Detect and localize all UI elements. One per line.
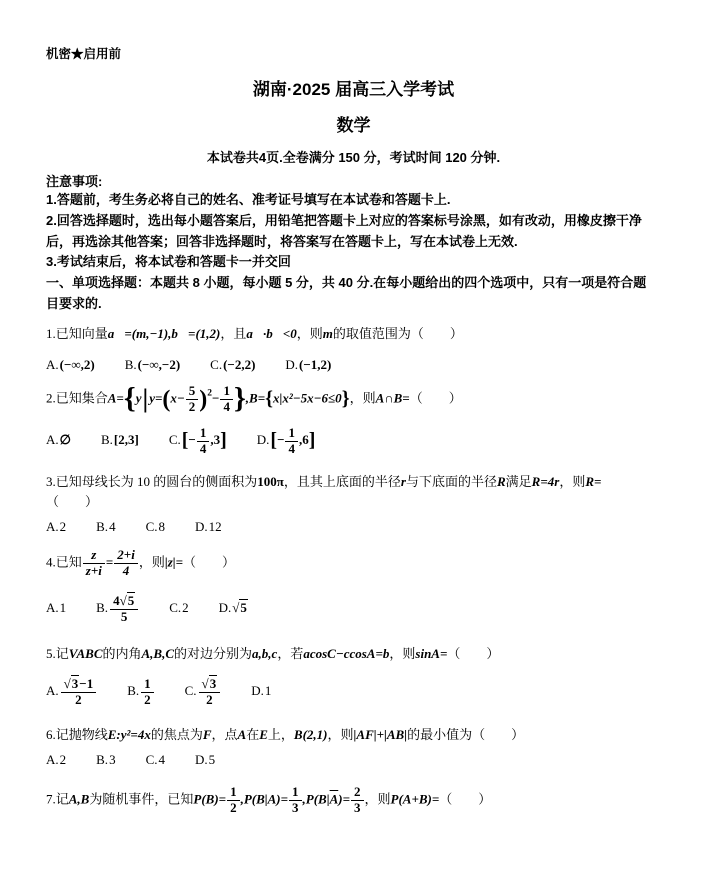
question-7-stem: 7.记A,B为随机事件，已知P(B)=12,P(B|A)=13,P(B|A)=2…	[46, 785, 661, 816]
q4-text: ，则	[139, 554, 165, 569]
fraction: √3−12	[60, 677, 98, 708]
q3-text: ，且其上底面的半径	[284, 474, 401, 489]
q6-text: 上，	[268, 727, 294, 742]
q6-text: 6.记抛物线	[46, 727, 108, 742]
option-b: B.3	[96, 752, 115, 767]
sqrt-radical: √3	[202, 675, 218, 691]
notice-item-1: 1.答题前，考生务必将自己的姓名、准考证号填写在本试卷和答题卡上.	[46, 190, 651, 211]
question-4-options: A.1B.4√55C.2D.√5	[46, 594, 661, 625]
q7-answer-blank: （ ）	[439, 791, 491, 806]
sqrt-radical: √3	[64, 675, 80, 691]
fraction: 13	[288, 785, 303, 816]
q3-text: 满足	[506, 474, 532, 489]
q2-text: 2.已知集合	[46, 390, 108, 405]
subject-title: 数学	[46, 111, 661, 136]
question-1: 1.已知向量a⃗=(m,−1),b⃗=(1,2)，且a⃗·b⃗<0，则m的取值范…	[46, 324, 661, 373]
sqrt-radical: √5	[120, 592, 136, 608]
q3-text: 3.已知母线长为 10 的圆台的侧面积为	[46, 474, 257, 489]
q7-a-complement: A	[330, 791, 339, 806]
notice-item-3: 3.考试结束后，将本试卷和答题卡一并交回	[46, 252, 651, 273]
fraction: 12	[226, 785, 241, 816]
option-a: A.∅	[46, 432, 71, 447]
question-3-options: A.2B.4C.8D.12	[46, 519, 661, 535]
q6-text: ，则	[328, 727, 354, 742]
question-5: 5.记VABC的内角A,B,C的对边分别为a,b,c，若acosC−ccosA=…	[46, 644, 661, 708]
q7-text: 7.记	[46, 791, 69, 806]
q4-modulus: |z|=	[165, 554, 183, 569]
option-d: D.5	[195, 752, 215, 767]
notice-title: 注意事项:	[46, 171, 661, 190]
exam-title: 湖南·2025 届高三入学考试	[46, 75, 661, 100]
q6-parabola: E:y²=4x	[108, 727, 151, 742]
fraction: √32	[198, 677, 222, 708]
question-1-stem: 1.已知向量a⃗=(m,−1),b⃗=(1,2)，且a⃗·b⃗<0，则m的取值范…	[46, 324, 661, 344]
question-7: 7.记A,B为随机事件，已知P(B)=12,P(B|A)=13,P(B|A)=2…	[46, 785, 661, 816]
option-b: B.(−∞,−2)	[125, 357, 180, 372]
fraction: 14	[219, 384, 234, 415]
q7-text: ，则	[365, 791, 391, 806]
option-d: D.√5	[219, 600, 248, 615]
q2-brace-right-2: }	[342, 387, 350, 409]
question-5-options: A.√3−12B.12C.√32D.1	[46, 677, 661, 708]
option-c: C.8	[146, 519, 165, 534]
option-c: C.[−14,3]	[169, 432, 227, 447]
question-2-options: A.∅B.[2,3]C.[−14,3]D.[−14,6]	[46, 426, 661, 457]
q7-prob-a-plus-b: P(A+B)=	[391, 791, 440, 806]
option-a: A.2	[46, 752, 66, 767]
fraction: 2+i4	[113, 548, 139, 579]
q6-text: 的焦点为	[151, 727, 203, 742]
question-3: 3.已知母线长为 10 的圆台的侧面积为100π，且其上底面的半径r与下底面的半…	[46, 472, 661, 535]
option-a: A.1	[46, 600, 66, 615]
option-c: C.2	[169, 600, 188, 615]
q4-answer-blank: （ ）	[183, 554, 235, 569]
option-a: A.√3−12	[46, 683, 97, 698]
option-b: B.4√55	[96, 600, 139, 615]
fraction: 4√55	[109, 594, 139, 625]
fraction: 14	[196, 426, 211, 457]
q6-text: ，点	[212, 727, 238, 742]
option-c: C.√32	[185, 683, 222, 698]
q5-text: 5.记	[46, 646, 69, 661]
q5-sin-a: sinA=	[415, 646, 447, 661]
q2-text: ，则	[350, 390, 376, 405]
question-6-options: A.2B.3C.4D.5	[46, 752, 661, 768]
option-b: B.4	[96, 519, 115, 534]
q4-text: 4.已知	[46, 554, 82, 569]
q3-text: ，则	[559, 474, 585, 489]
q2-set-a: A=	[108, 390, 124, 405]
q3-answer-blank: （ ）	[46, 494, 98, 509]
question-6: 6.记抛物线E:y²=4x的焦点为F，点A在E上，B(2,1)，则|AF|+|A…	[46, 725, 661, 768]
option-a: A.2	[46, 519, 66, 534]
question-1-options: A.(−∞,2)B.(−∞,−2)C.(−2,2)D.(−1,2)	[46, 357, 661, 373]
q5-text: ，则	[389, 646, 415, 661]
question-6-stem: 6.记抛物线E:y²=4x的焦点为F，点A在E上，B(2,1)，则|AF|+|A…	[46, 725, 661, 745]
q7-prob-b: P(B)=	[193, 791, 226, 806]
option-d: D.12	[195, 519, 222, 534]
question-2-stem: 2.已知集合A={y|y=(x−52)2−14},B={x|x²−5x−6≤0}…	[46, 384, 661, 415]
q2-inequality: x²−5x−6≤0	[282, 390, 341, 405]
q7-text: 为随机事件，已知	[89, 791, 193, 806]
q3-text: 与下底面的半径	[406, 474, 497, 489]
exam-page: 机密★启用前 湖南·2025 届高三入学考试 数学 本试卷共4页.全卷满分 15…	[0, 0, 701, 816]
q2-brace-left: {	[124, 381, 136, 414]
notice-list: 1.答题前，考生务必将自己的姓名、准考证号填写在本试卷和答题卡上. 2.回答选择…	[46, 190, 661, 273]
question-4-stem: 4.已知zz+i=2+i4，则|z|=（ ）	[46, 548, 661, 579]
fraction: 52	[185, 384, 200, 415]
option-a: A.(−∞,2)	[46, 357, 95, 372]
q6-sum-distances: |AF|+|AB|	[354, 727, 408, 742]
notice-item-2: 2.回答选择题时，选出每小题答案后，用铅笔把答题卡上对应的答案标号涂黑，如有改动…	[46, 211, 651, 253]
q5-text: 的内角	[102, 646, 141, 661]
exam-info: 本试卷共4页.全卷满分 150 分，考试时间 120 分钟.	[46, 147, 661, 166]
classification-label: 机密★启用前	[46, 44, 661, 62]
fraction: 14	[284, 426, 299, 457]
q6-text: 的最小值为（ ）	[407, 727, 524, 742]
option-b: B.[2,3]	[101, 432, 139, 447]
q5-text: 的对边分别为	[174, 646, 252, 661]
question-5-stem: 5.记VABC的内角A,B,C的对边分别为a,b,c，若acosC−ccosA=…	[46, 644, 661, 664]
q1-var-m: m	[323, 326, 333, 341]
q7-prob-b-given-not-a: ,P(B|	[303, 791, 330, 806]
q6-point-b: B(2,1)	[294, 727, 328, 742]
q1-vectors: a⃗=(m,−1),b⃗=(1,2)	[108, 326, 221, 341]
sqrt-radical: √5	[232, 599, 248, 615]
q1-text: 1.已知向量	[46, 326, 108, 341]
q2-set-b: ,B=	[246, 390, 265, 405]
section-header: 一、单项选择题：本题共 8 小题，每小题 5 分，共 40 分.在每小题给出的四…	[46, 273, 651, 315]
option-d: D.(−1,2)	[285, 357, 331, 372]
q5-answer-blank: （ ）	[447, 646, 499, 661]
q3-area: 100π	[257, 474, 284, 489]
q5-text: ，若	[277, 646, 303, 661]
q2-brace-left-2: {	[265, 387, 273, 409]
option-d: D.[−14,6]	[257, 432, 316, 447]
option-c: C.4	[146, 752, 165, 767]
option-d: D.1	[251, 683, 271, 698]
question-3-stem: 3.已知母线长为 10 的圆台的侧面积为100π，且其上底面的半径r与下底面的半…	[46, 472, 661, 512]
q2-brace-right: }	[234, 381, 246, 414]
q5-equation: acosC−ccosA=b	[303, 646, 389, 661]
q1-dot-product: a⃗·b⃗<0	[246, 326, 296, 341]
q2-answer-blank: （ ）	[410, 390, 462, 405]
q2-intersection: A∩B=	[376, 390, 410, 405]
option-b: B.12	[127, 683, 154, 698]
fraction: 23	[350, 785, 365, 816]
q1-text: 的取值范围为（ ）	[333, 326, 463, 341]
option-c: C.(−2,2)	[210, 357, 255, 372]
fraction: zz+i	[82, 548, 106, 579]
q6-text: 在	[246, 727, 259, 742]
q1-text: ，则	[297, 326, 323, 341]
q3-relation: R=4r	[532, 474, 560, 489]
question-2: 2.已知集合A={y|y=(x−52)2−14},B={x|x²−5x−6≤0}…	[46, 384, 661, 457]
fraction: 12	[140, 677, 155, 708]
q1-text: ，且	[220, 326, 246, 341]
question-4: 4.已知zz+i=2+i4，则|z|=（ ） A.1B.4√55C.2D.√5	[46, 548, 661, 625]
q7-prob-b-given-a: ,P(B|A)=	[241, 791, 288, 806]
q5-triangle: VABC	[69, 646, 103, 661]
